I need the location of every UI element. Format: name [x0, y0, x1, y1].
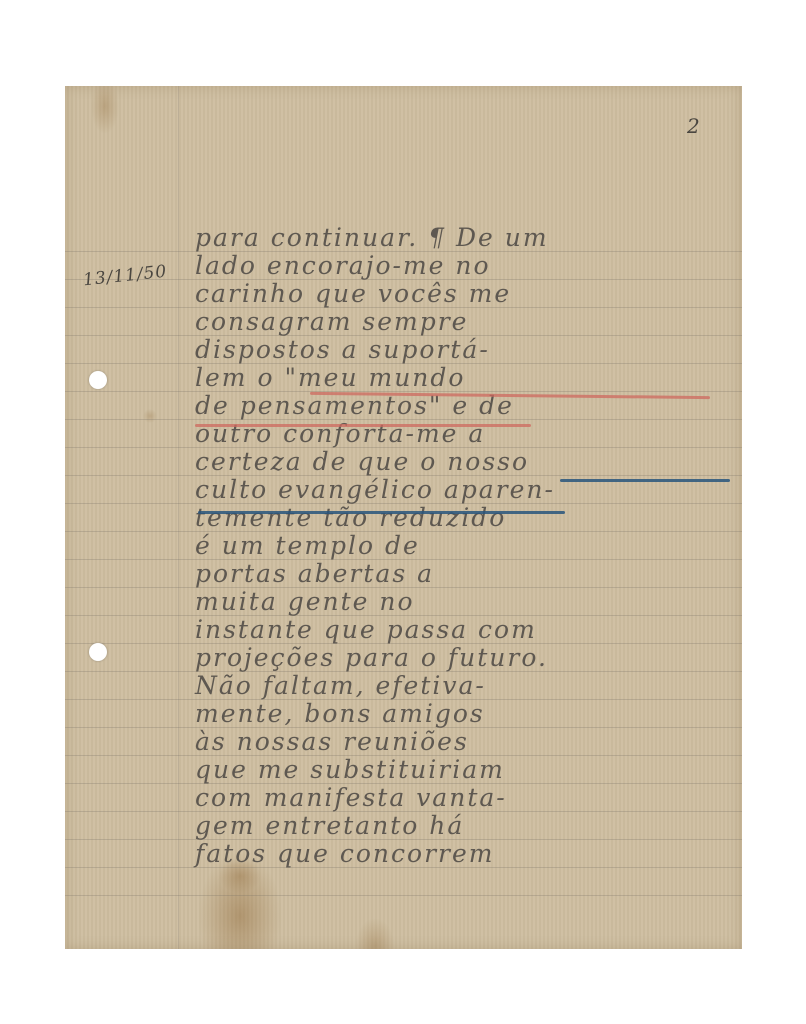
text-line: mente, bons amigos: [195, 700, 735, 728]
text-line: certeza de que o nosso: [195, 448, 735, 476]
text-line: gem entretanto há: [195, 812, 735, 840]
date-annotation: 13/11/50: [82, 262, 168, 291]
blue-underline: [198, 511, 565, 514]
red-underline: [195, 424, 531, 427]
text-line: Não faltam, efetiva-: [195, 672, 735, 700]
text-line: que me substituiriam: [195, 756, 735, 784]
text-line: lem o "meu mundo: [195, 364, 735, 392]
text-line: portas abertas a: [195, 560, 735, 588]
text-line: muita gente no: [195, 588, 735, 616]
manuscript-page: 2 13/11/50 para continuar. ¶ De um lado …: [65, 86, 742, 949]
blue-underline: [560, 479, 730, 482]
ruled-line: [65, 895, 742, 896]
text-line: dispostos a suportá-: [195, 336, 735, 364]
text-line: instante que passa com: [195, 616, 735, 644]
text-line: às nossas reuniões: [195, 728, 735, 756]
text-line: temente tão reduzido: [195, 504, 735, 532]
text-line: projeções para o futuro.: [195, 644, 735, 672]
text-line: com manifesta vanta-: [195, 784, 735, 812]
margin-line: [178, 86, 179, 949]
punch-hole-top: [89, 371, 107, 389]
text-line: é um templo de: [195, 532, 735, 560]
text-line: carinho que vocês me: [195, 280, 735, 308]
text-line: para continuar. ¶ De um: [195, 224, 735, 252]
text-line: lado encorajo-me no: [195, 252, 735, 280]
text-line: fatos que concorrem: [195, 840, 735, 868]
text-line: consagram sempre: [195, 308, 735, 336]
punch-hole-bottom: [89, 643, 107, 661]
page-number: 2: [687, 114, 700, 138]
